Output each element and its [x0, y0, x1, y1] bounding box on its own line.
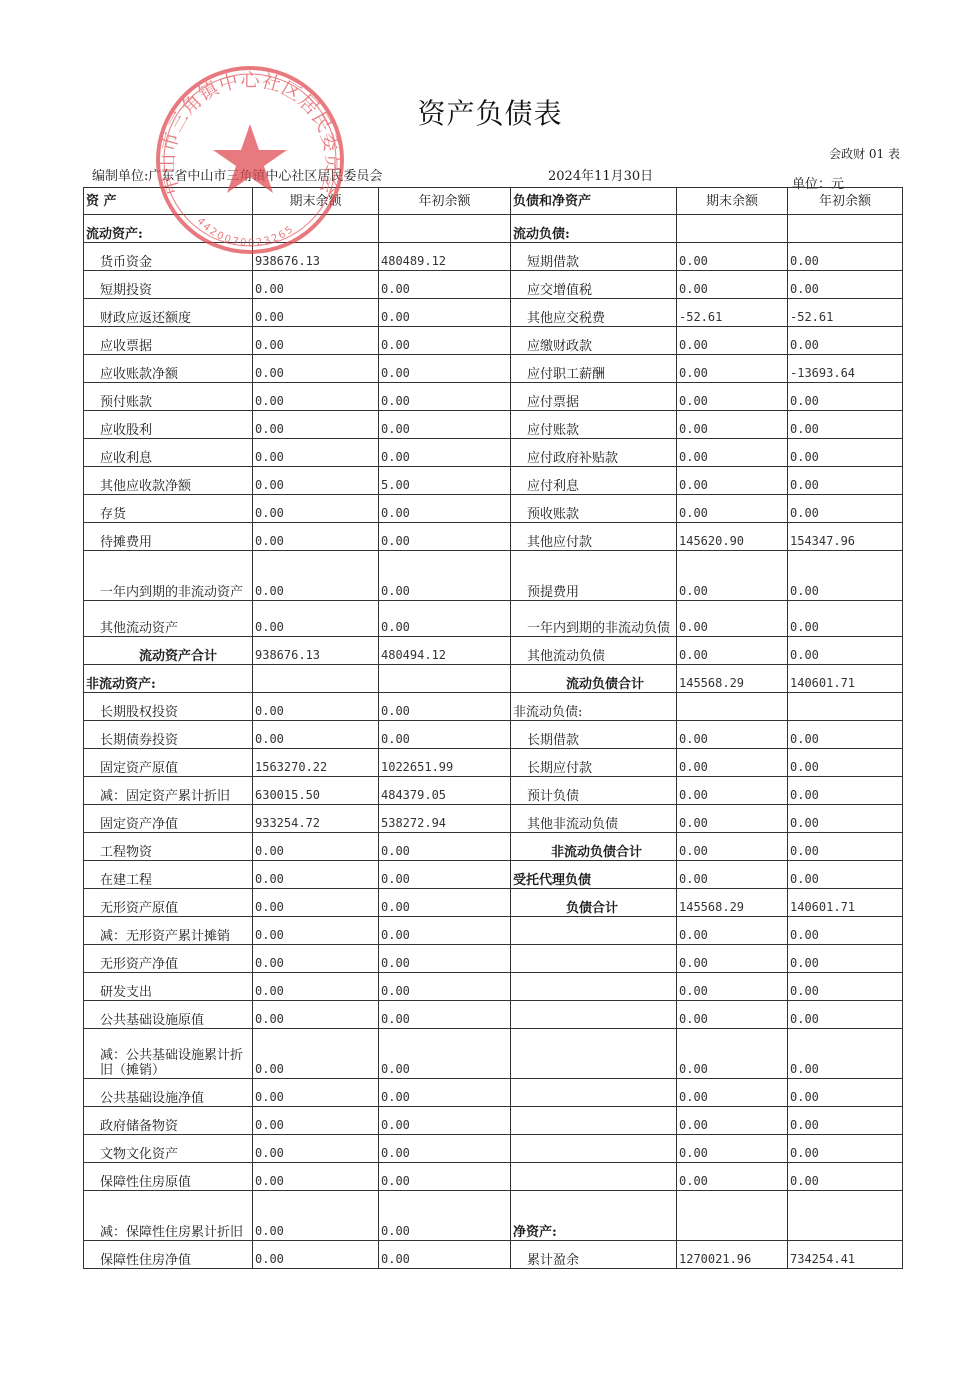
liability-begin-balance: 0.00 [788, 495, 903, 523]
table-row: 货币资金938676.13480489.12短期借款0.000.00 [84, 243, 903, 271]
asset-begin-balance: 0.00 [379, 693, 511, 721]
asset-end-balance [253, 215, 379, 243]
liability-begin-balance: 0.00 [788, 439, 903, 467]
prepared-by-label: 编制单位: [92, 169, 148, 184]
table-row: 短期投资0.000.00应交增值税0.000.00 [84, 271, 903, 299]
asset-end-balance: 0.00 [253, 523, 379, 551]
liability-item-label [511, 1001, 677, 1029]
liability-item-label: 其他流动负债 [511, 637, 677, 665]
asset-item-label: 预付账款 [84, 383, 253, 411]
table-row: 应收利息0.000.00应付政府补贴款0.000.00 [84, 439, 903, 467]
liability-item-label: 净资产: [511, 1191, 677, 1241]
asset-item-label: 固定资产原值 [84, 749, 253, 777]
table-row: 长期股权投资0.000.00非流动负债: [84, 693, 903, 721]
asset-begin-balance: 0.00 [379, 1191, 511, 1241]
liability-begin-balance: 0.00 [788, 1029, 903, 1079]
asset-begin-balance: 484379.05 [379, 777, 511, 805]
table-row: 无形资产原值0.000.00负债合计145568.29140601.71 [84, 889, 903, 917]
liability-end-balance: 0.00 [677, 383, 788, 411]
table-row: 应收票据0.000.00应缴财政款0.000.00 [84, 327, 903, 355]
liability-begin-balance: 0.00 [788, 1107, 903, 1135]
table-row: 财政应返还额度0.000.00其他应交税费-52.61-52.61 [84, 299, 903, 327]
liability-end-balance: 0.00 [677, 721, 788, 749]
liability-item-label: 应缴财政款 [511, 327, 677, 355]
table-row: 无形资产净值0.000.000.000.00 [84, 945, 903, 973]
liability-begin-balance: 0.00 [788, 551, 903, 601]
liability-begin-balance: 0.00 [788, 777, 903, 805]
asset-item-label: 货币资金 [84, 243, 253, 271]
asset-end-balance: 0.00 [253, 693, 379, 721]
asset-item-label: 流动资产合计 [84, 637, 253, 665]
liability-end-balance: 1270021.96 [677, 1241, 788, 1269]
liability-begin-balance: 0.00 [788, 973, 903, 1001]
liability-item-label: 其他应交税费 [511, 299, 677, 327]
liability-end-balance: 0.00 [677, 777, 788, 805]
asset-item-label: 工程物资 [84, 833, 253, 861]
asset-end-balance: 0.00 [253, 1241, 379, 1269]
asset-begin-balance: 0.00 [379, 523, 511, 551]
header-assets: 资 产 [84, 188, 253, 215]
liability-item-label: 累计盈余 [511, 1241, 677, 1269]
liability-begin-balance: 0.00 [788, 1079, 903, 1107]
asset-begin-balance: 0.00 [379, 439, 511, 467]
header-assets-end-balance: 期末余额 [253, 188, 379, 215]
asset-end-balance: 0.00 [253, 355, 379, 383]
asset-begin-balance: 0.00 [379, 411, 511, 439]
liability-end-balance: 0.00 [677, 271, 788, 299]
asset-item-label: 长期股权投资 [84, 693, 253, 721]
table-row: 减：公共基础设施累计折旧（摊销）0.000.000.000.00 [84, 1029, 903, 1079]
liability-item-label: 预提费用 [511, 551, 677, 601]
asset-begin-balance: 0.00 [379, 1163, 511, 1191]
table-row: 长期债券投资0.000.00长期借款0.000.00 [84, 721, 903, 749]
liability-end-balance: 0.00 [677, 1079, 788, 1107]
liability-item-label: 非流动负债合计 [511, 833, 677, 861]
asset-item-label: 应收股利 [84, 411, 253, 439]
liability-begin-balance: 0.00 [788, 1001, 903, 1029]
header-liabilities: 负债和净资产 [511, 188, 677, 215]
asset-begin-balance: 0.00 [379, 1079, 511, 1107]
asset-end-balance: 0.00 [253, 945, 379, 973]
liability-item-label [511, 945, 677, 973]
liability-end-balance: -52.61 [677, 299, 788, 327]
asset-begin-balance: 0.00 [379, 721, 511, 749]
asset-end-balance: 0.00 [253, 551, 379, 601]
liability-item-label: 其他应付款 [511, 523, 677, 551]
liability-end-balance: 0.00 [677, 945, 788, 973]
liability-item-label: 应付账款 [511, 411, 677, 439]
liability-end-balance: 145568.29 [677, 665, 788, 693]
liability-begin-balance: 0.00 [788, 601, 903, 637]
prepared-by: 编制单位:广东省中山市三角镇中心社区居民委员会 [92, 165, 382, 184]
table-row: 流动资产合计938676.13480494.12其他流动负债0.000.00 [84, 637, 903, 665]
table-row: 一年内到期的非流动资产0.000.00预提费用0.000.00 [84, 551, 903, 601]
liability-begin-balance: -52.61 [788, 299, 903, 327]
table-row: 保障性住房净值0.000.00累计盈余1270021.96734254.41 [84, 1241, 903, 1269]
liability-end-balance: 0.00 [677, 973, 788, 1001]
liability-item-label: 预收账款 [511, 495, 677, 523]
asset-begin-balance: 0.00 [379, 271, 511, 299]
liability-begin-balance: 0.00 [788, 861, 903, 889]
asset-item-label: 一年内到期的非流动资产 [84, 551, 253, 601]
asset-begin-balance: 0.00 [379, 327, 511, 355]
asset-item-label: 应收账款净额 [84, 355, 253, 383]
liability-begin-balance [788, 215, 903, 243]
asset-begin-balance: 0.00 [379, 495, 511, 523]
asset-begin-balance: 0.00 [379, 889, 511, 917]
table-row: 公共基础设施净值0.000.000.000.00 [84, 1079, 903, 1107]
asset-item-label: 财政应返还额度 [84, 299, 253, 327]
asset-end-balance: 0.00 [253, 271, 379, 299]
asset-item-label: 待摊费用 [84, 523, 253, 551]
liability-end-balance: 0.00 [677, 1001, 788, 1029]
asset-end-balance: 630015.50 [253, 777, 379, 805]
asset-begin-balance [379, 215, 511, 243]
table-row: 减：无形资产累计摊销0.000.000.000.00 [84, 917, 903, 945]
liability-item-label [511, 917, 677, 945]
liability-item-label [511, 1029, 677, 1079]
liability-end-balance: 0.00 [677, 861, 788, 889]
asset-begin-balance: 480494.12 [379, 637, 511, 665]
liability-begin-balance: 734254.41 [788, 1241, 903, 1269]
asset-end-balance: 0.00 [253, 1001, 379, 1029]
asset-item-label: 减：无形资产累计摊销 [84, 917, 253, 945]
asset-item-label: 文物文化资产 [84, 1135, 253, 1163]
liability-begin-balance: 0.00 [788, 637, 903, 665]
liability-item-label: 应付票据 [511, 383, 677, 411]
asset-begin-balance: 0.00 [379, 1107, 511, 1135]
liability-begin-balance: 140601.71 [788, 889, 903, 917]
asset-item-label: 流动资产: [84, 215, 253, 243]
liability-end-balance: 0.00 [677, 495, 788, 523]
liability-end-balance: 0.00 [677, 637, 788, 665]
liability-end-balance: 0.00 [677, 917, 788, 945]
asset-begin-balance: 0.00 [379, 1241, 511, 1269]
liability-end-balance: 145620.90 [677, 523, 788, 551]
liability-end-balance: 0.00 [677, 439, 788, 467]
table-row: 非流动资产:流动负债合计145568.29140601.71 [84, 665, 903, 693]
asset-end-balance: 1563270.22 [253, 749, 379, 777]
table-header-row: 资 产 期末余额 年初余额 负债和净资产 期末余额 年初余额 [84, 188, 903, 215]
asset-end-balance: 0.00 [253, 1135, 379, 1163]
asset-end-balance [253, 665, 379, 693]
asset-end-balance: 0.00 [253, 889, 379, 917]
liability-end-balance: 0.00 [677, 601, 788, 637]
liability-begin-balance: 0.00 [788, 945, 903, 973]
asset-item-label: 保障性住房净值 [84, 1241, 253, 1269]
asset-end-balance: 938676.13 [253, 243, 379, 271]
liability-end-balance: 0.00 [677, 411, 788, 439]
liability-end-balance: 0.00 [677, 1135, 788, 1163]
asset-item-label: 应收利息 [84, 439, 253, 467]
liability-end-balance: 0.00 [677, 1029, 788, 1079]
liability-end-balance: 145568.29 [677, 889, 788, 917]
table-row: 工程物资0.000.00非流动负债合计0.000.00 [84, 833, 903, 861]
asset-end-balance: 0.00 [253, 439, 379, 467]
liability-item-label: 非流动负债: [511, 693, 677, 721]
asset-item-label: 长期债券投资 [84, 721, 253, 749]
table-row: 其他流动资产0.000.00一年内到期的非流动负债0.000.00 [84, 601, 903, 637]
liability-begin-balance: 0.00 [788, 383, 903, 411]
asset-begin-balance: 0.00 [379, 355, 511, 383]
asset-begin-balance: 0.00 [379, 383, 511, 411]
liability-item-label [511, 1135, 677, 1163]
asset-end-balance: 0.00 [253, 467, 379, 495]
asset-end-balance: 933254.72 [253, 805, 379, 833]
liability-end-balance: 0.00 [677, 833, 788, 861]
asset-item-label: 减：公共基础设施累计折旧（摊销） [84, 1029, 253, 1079]
table-row: 固定资产净值933254.72538272.94其他非流动负债0.000.00 [84, 805, 903, 833]
asset-item-label: 应收票据 [84, 327, 253, 355]
liability-item-label: 其他非流动负债 [511, 805, 677, 833]
asset-begin-balance: 0.00 [379, 1135, 511, 1163]
asset-end-balance: 0.00 [253, 383, 379, 411]
liability-begin-balance [788, 1191, 903, 1241]
asset-end-balance: 0.00 [253, 1163, 379, 1191]
liability-end-balance: 0.00 [677, 749, 788, 777]
asset-end-balance: 0.00 [253, 1079, 379, 1107]
asset-begin-balance: 0.00 [379, 973, 511, 1001]
liability-item-label: 应付职工薪酬 [511, 355, 677, 383]
asset-item-label: 减：固定资产累计折旧 [84, 777, 253, 805]
asset-item-label: 公共基础设施净值 [84, 1079, 253, 1107]
liability-item-label: 流动负债合计 [511, 665, 677, 693]
table-row: 应收股利0.000.00应付账款0.000.00 [84, 411, 903, 439]
asset-begin-balance: 480489.12 [379, 243, 511, 271]
table-row: 存货0.000.00预收账款0.000.00 [84, 495, 903, 523]
liability-item-label: 一年内到期的非流动负债 [511, 601, 677, 637]
table-row: 政府储备物资0.000.000.000.00 [84, 1107, 903, 1135]
liability-begin-balance: 0.00 [788, 327, 903, 355]
header-assets-begin-balance: 年初余额 [379, 188, 511, 215]
liability-item-label [511, 1079, 677, 1107]
liability-begin-balance: 0.00 [788, 411, 903, 439]
liability-begin-balance: 0.00 [788, 1135, 903, 1163]
asset-item-label: 减：保障性住房累计折旧 [84, 1191, 253, 1241]
table-row: 公共基础设施原值0.000.000.000.00 [84, 1001, 903, 1029]
table-row: 文物文化资产0.000.000.000.00 [84, 1135, 903, 1163]
asset-item-label: 无形资产原值 [84, 889, 253, 917]
liability-begin-balance: -13693.64 [788, 355, 903, 383]
asset-item-label: 非流动资产: [84, 665, 253, 693]
asset-begin-balance: 0.00 [379, 861, 511, 889]
asset-end-balance: 0.00 [253, 601, 379, 637]
asset-begin-balance [379, 665, 511, 693]
table-row: 流动资产:流动负债: [84, 215, 903, 243]
asset-begin-balance: 538272.94 [379, 805, 511, 833]
asset-item-label: 研发支出 [84, 973, 253, 1001]
liability-begin-balance: 0.00 [788, 1163, 903, 1191]
balance-sheet-table: 资 产 期末余额 年初余额 负债和净资产 期末余额 年初余额 流动资产:流动负债… [83, 187, 903, 1269]
asset-end-balance: 0.00 [253, 917, 379, 945]
asset-item-label: 固定资产净值 [84, 805, 253, 833]
liability-begin-balance [788, 693, 903, 721]
liability-item-label: 流动负债: [511, 215, 677, 243]
liability-begin-balance: 0.00 [788, 271, 903, 299]
liability-item-label: 长期应付款 [511, 749, 677, 777]
asset-item-label: 在建工程 [84, 861, 253, 889]
liability-begin-balance: 0.00 [788, 917, 903, 945]
liability-item-label: 预计负债 [511, 777, 677, 805]
prepared-by-value: 广东省中山市三角镇中心社区居民委员会 [148, 169, 382, 184]
asset-begin-balance: 5.00 [379, 467, 511, 495]
liability-item-label: 应付利息 [511, 467, 677, 495]
table-row: 固定资产原值1563270.221022651.99长期应付款0.000.00 [84, 749, 903, 777]
table-row: 研发支出0.000.000.000.00 [84, 973, 903, 1001]
form-number: 会政财 01 表 [829, 145, 900, 162]
liability-begin-balance: 0.00 [788, 467, 903, 495]
page-title: 资产负债表 [0, 92, 980, 132]
asset-end-balance: 0.00 [253, 495, 379, 523]
liability-item-label: 长期借款 [511, 721, 677, 749]
asset-end-balance: 0.00 [253, 973, 379, 1001]
liability-end-balance [677, 1191, 788, 1241]
asset-begin-balance: 0.00 [379, 551, 511, 601]
liability-end-balance [677, 693, 788, 721]
asset-begin-balance: 0.00 [379, 1001, 511, 1029]
asset-end-balance: 0.00 [253, 1107, 379, 1135]
table-row: 应收账款净额0.000.00应付职工薪酬0.00-13693.64 [84, 355, 903, 383]
liability-begin-balance: 140601.71 [788, 665, 903, 693]
liability-end-balance [677, 215, 788, 243]
asset-item-label: 保障性住房原值 [84, 1163, 253, 1191]
liability-item-label: 应交增值税 [511, 271, 677, 299]
table-row: 保障性住房原值0.000.000.000.00 [84, 1163, 903, 1191]
liability-begin-balance: 0.00 [788, 721, 903, 749]
asset-item-label: 其他流动资产 [84, 601, 253, 637]
asset-end-balance: 0.00 [253, 411, 379, 439]
asset-item-label: 政府储备物资 [84, 1107, 253, 1135]
asset-begin-balance: 0.00 [379, 1029, 511, 1079]
liability-end-balance: 0.00 [677, 1163, 788, 1191]
liability-item-label: 短期借款 [511, 243, 677, 271]
asset-begin-balance: 0.00 [379, 601, 511, 637]
asset-item-label: 公共基础设施原值 [84, 1001, 253, 1029]
liability-begin-balance: 154347.96 [788, 523, 903, 551]
liability-item-label [511, 973, 677, 1001]
header-liabilities-begin-balance: 年初余额 [788, 188, 903, 215]
asset-end-balance: 938676.13 [253, 637, 379, 665]
asset-begin-balance: 1022651.99 [379, 749, 511, 777]
header-liabilities-end-balance: 期末余额 [677, 188, 788, 215]
table-row: 待摊费用0.000.00其他应付款145620.90154347.96 [84, 523, 903, 551]
liability-end-balance: 0.00 [677, 1107, 788, 1135]
asset-end-balance: 0.00 [253, 721, 379, 749]
asset-item-label: 无形资产净值 [84, 945, 253, 973]
liability-begin-balance: 0.00 [788, 833, 903, 861]
table-row: 减：保障性住房累计折旧0.000.00净资产: [84, 1191, 903, 1241]
liability-item-label [511, 1107, 677, 1135]
report-date: 2024年11月30日 [548, 165, 653, 184]
liability-item-label [511, 1163, 677, 1191]
liability-item-label: 应付政府补贴款 [511, 439, 677, 467]
liability-end-balance: 0.00 [677, 355, 788, 383]
liability-item-label: 负债合计 [511, 889, 677, 917]
table-row: 在建工程0.000.00受托代理负债0.000.00 [84, 861, 903, 889]
liability-end-balance: 0.00 [677, 551, 788, 601]
asset-end-balance: 0.00 [253, 1191, 379, 1241]
asset-item-label: 存货 [84, 495, 253, 523]
asset-begin-balance: 0.00 [379, 833, 511, 861]
asset-item-label: 其他应收款净额 [84, 467, 253, 495]
liability-item-label: 受托代理负债 [511, 861, 677, 889]
liability-end-balance: 0.00 [677, 805, 788, 833]
asset-begin-balance: 0.00 [379, 299, 511, 327]
liability-begin-balance: 0.00 [788, 749, 903, 777]
asset-item-label: 短期投资 [84, 271, 253, 299]
liability-begin-balance: 0.00 [788, 243, 903, 271]
liability-begin-balance: 0.00 [788, 805, 903, 833]
asset-end-balance: 0.00 [253, 327, 379, 355]
asset-end-balance: 0.00 [253, 833, 379, 861]
asset-end-balance: 0.00 [253, 299, 379, 327]
table-row: 其他应收款净额0.005.00应付利息0.000.00 [84, 467, 903, 495]
asset-end-balance: 0.00 [253, 1029, 379, 1079]
table-row: 减：固定资产累计折旧630015.50484379.05预计负债0.000.00 [84, 777, 903, 805]
table-row: 预付账款0.000.00应付票据0.000.00 [84, 383, 903, 411]
liability-end-balance: 0.00 [677, 467, 788, 495]
liability-end-balance: 0.00 [677, 327, 788, 355]
asset-end-balance: 0.00 [253, 861, 379, 889]
liability-end-balance: 0.00 [677, 243, 788, 271]
asset-begin-balance: 0.00 [379, 917, 511, 945]
asset-begin-balance: 0.00 [379, 945, 511, 973]
